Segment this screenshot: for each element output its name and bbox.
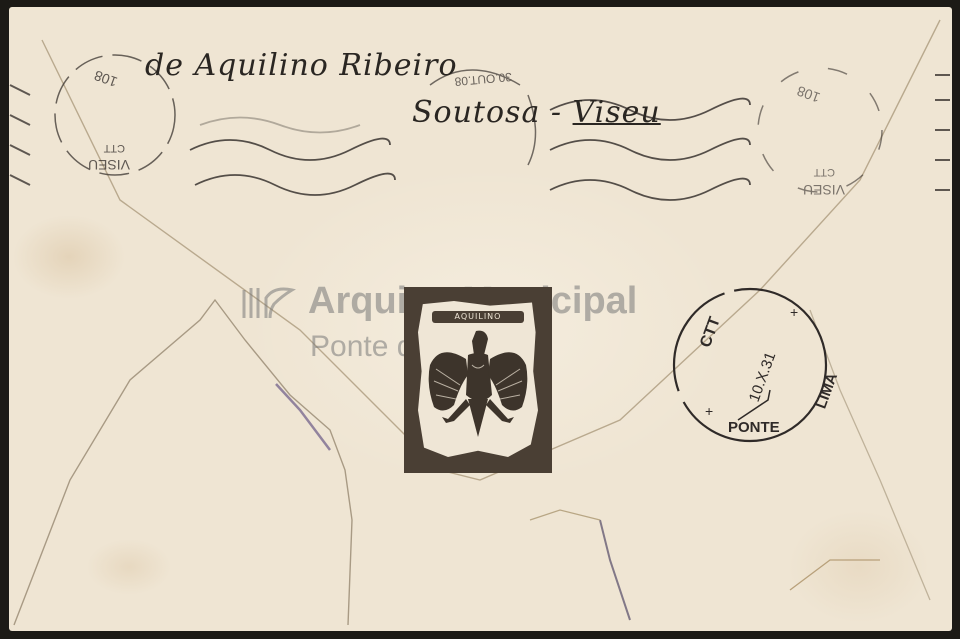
svg-text:+: + xyxy=(790,304,798,320)
svg-text:PONTE: PONTE xyxy=(728,419,780,436)
svg-text:CTT: CTT xyxy=(697,315,724,350)
eagle-icon xyxy=(420,325,536,449)
sender-city: Viseu xyxy=(573,95,661,130)
seal-label: AQUILINO xyxy=(404,287,552,473)
svg-text:+: + xyxy=(705,403,713,419)
archive-logo-icon xyxy=(240,284,296,320)
svg-text:VISEU: VISEU xyxy=(803,182,845,198)
seal-banner: AQUILINO xyxy=(432,311,524,323)
svg-text:CTT: CTT xyxy=(813,166,835,178)
postmark-ponte-de-lima: CTT PONTE LIMA 10.X.31 + + xyxy=(674,289,841,441)
postmark-viseu-right: 108 VISEU CTT xyxy=(758,68,882,198)
svg-text:30.OUT.08: 30.OUT.08 xyxy=(454,70,513,89)
sender-address: Soutosa - Viseu xyxy=(412,95,661,130)
svg-text:CTT: CTT xyxy=(103,142,125,154)
sender-name: de Aquilino Ribeiro xyxy=(145,48,458,83)
svg-text:10.X.31: 10.X.31 xyxy=(746,350,780,404)
svg-text:108: 108 xyxy=(92,67,120,90)
sender-town: Soutosa - xyxy=(412,95,573,130)
svg-text:VISEU: VISEU xyxy=(88,157,130,173)
svg-text:108: 108 xyxy=(795,83,823,106)
svg-text:LIMA: LIMA xyxy=(813,371,842,411)
